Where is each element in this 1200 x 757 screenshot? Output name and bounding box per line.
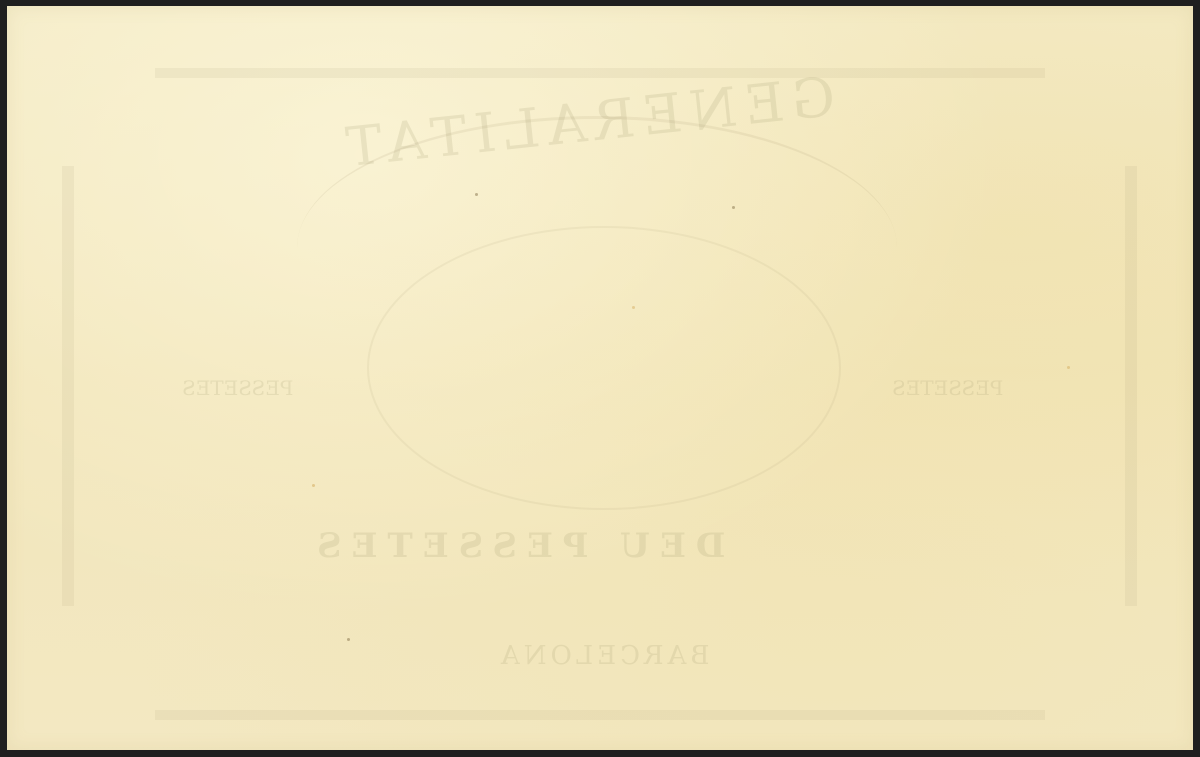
banknote-paper: GENERALITAT DEU PESSETES BARCELONA PESSE… (7, 6, 1193, 750)
mirrored-value: DEU PESSETES (307, 526, 725, 566)
paper-spot (312, 484, 315, 487)
paper-spot (1067, 366, 1070, 369)
paper-spot (632, 306, 635, 309)
center-medallion (367, 226, 841, 510)
paper-spot (475, 193, 478, 196)
right-border-band (1125, 166, 1137, 606)
paper-spot (347, 638, 350, 641)
mirrored-city: BARCELONA (497, 641, 709, 671)
mirrored-left-denomination: PESSETES (182, 376, 293, 400)
left-border-band (62, 166, 74, 606)
mirrored-right-denomination: PESSETES (892, 376, 1003, 400)
paper-spot (732, 206, 735, 209)
